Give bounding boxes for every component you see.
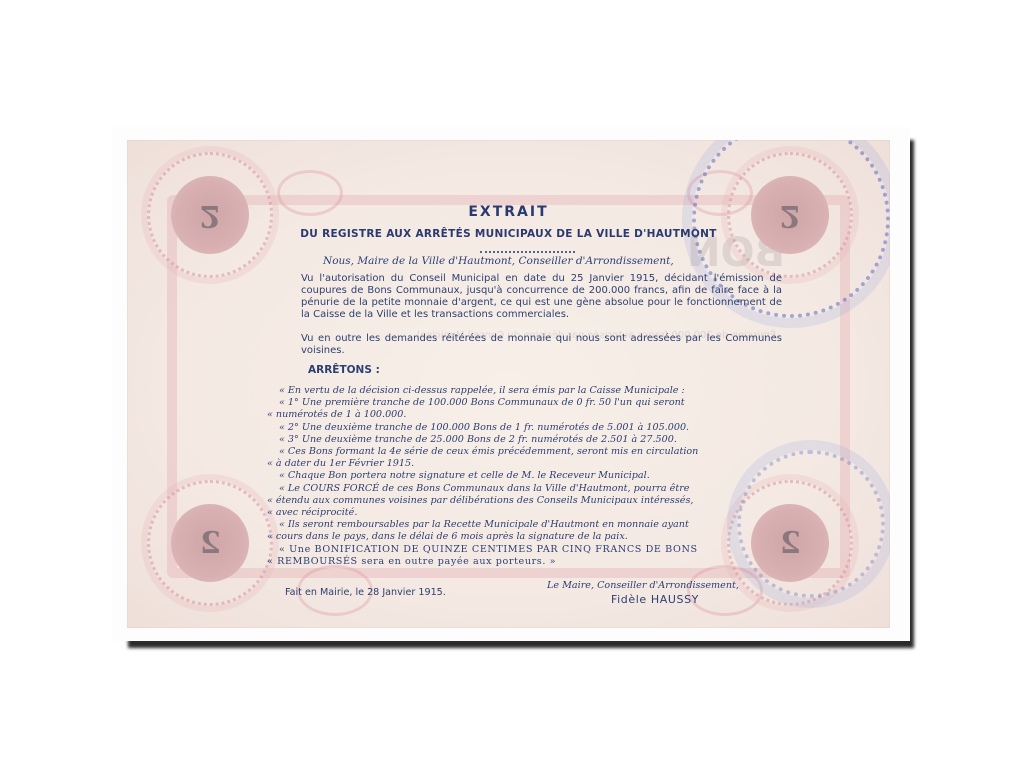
articles-list: « En vertu de la décision ci-dessus rapp… [267, 385, 787, 568]
banknote-reverse: BON Émission de 200.000 francs autorisée… [127, 140, 890, 628]
article-line: « En vertu de la décision ci-dessus rapp… [267, 385, 787, 397]
mayor-title: Le Maire, Conseiller d'Arrondissement, [547, 580, 739, 591]
article-line: « REMBOURSÉS sera en outre payée aux por… [267, 556, 787, 568]
note-title: EXTRAIT [127, 204, 890, 220]
article-line: « Le COURS FORCÉ de ces Bons Communaux d… [267, 483, 787, 495]
article-line: « Chaque Bon portera notre signature et … [267, 470, 787, 482]
article-line: « 1° Une première tranche de 100.000 Bon… [267, 397, 787, 409]
arretons-heading: ARRÊTONS : [308, 364, 380, 376]
article-line: « à dater du 1er Février 1915. [267, 458, 787, 470]
paragraph-demands: Vu en outre les demandes réitérées de mo… [277, 333, 782, 357]
article-line: « 2° Une deuxième tranche de 100.000 Bon… [267, 422, 787, 434]
article-line: « numérotés de 1 à 100.000. [267, 409, 787, 421]
medallion-numeral: 2 [200, 526, 221, 561]
corner-medallion-bottom-left: 2 [147, 480, 273, 606]
article-line: « Ils seront remboursables par la Recett… [267, 519, 787, 531]
article-line: « cours dans le pays, dans le délai de 6… [267, 531, 787, 543]
note-subtitle: DU REGISTRE AUX ARRÊTÉS MUNICIPAUX DE LA… [127, 228, 890, 240]
place-and-date: Fait en Mairie, le 28 Janvier 1915. [285, 587, 446, 598]
article-line: « 3° Une deuxième tranche de 25.000 Bons… [267, 434, 787, 446]
article-line: « avec réciprocité. [267, 507, 787, 519]
decorative-rule [480, 248, 575, 253]
article-line: « Ces Bons formant la 4e série de ceux é… [267, 446, 787, 458]
medallion-value: 2 [171, 504, 249, 582]
paragraph-authorisation: Vu l'autorisation du Conseil Municipal e… [277, 273, 782, 321]
article-line: « Une BONIFICATION DE QUINZE CENTIMES PA… [267, 544, 787, 556]
paragraph-text: Vu l'autorisation du Conseil Municipal e… [277, 273, 782, 321]
article-line: « étendu aux communes voisines par délib… [267, 495, 787, 507]
paragraph-text: Vu en outre les demandes réitérées de mo… [277, 333, 782, 357]
intro-line: Nous, Maire de la Ville d'Hautmont, Cons… [323, 255, 674, 267]
mayor-signature: Fidèle HAUSSY [611, 593, 699, 606]
